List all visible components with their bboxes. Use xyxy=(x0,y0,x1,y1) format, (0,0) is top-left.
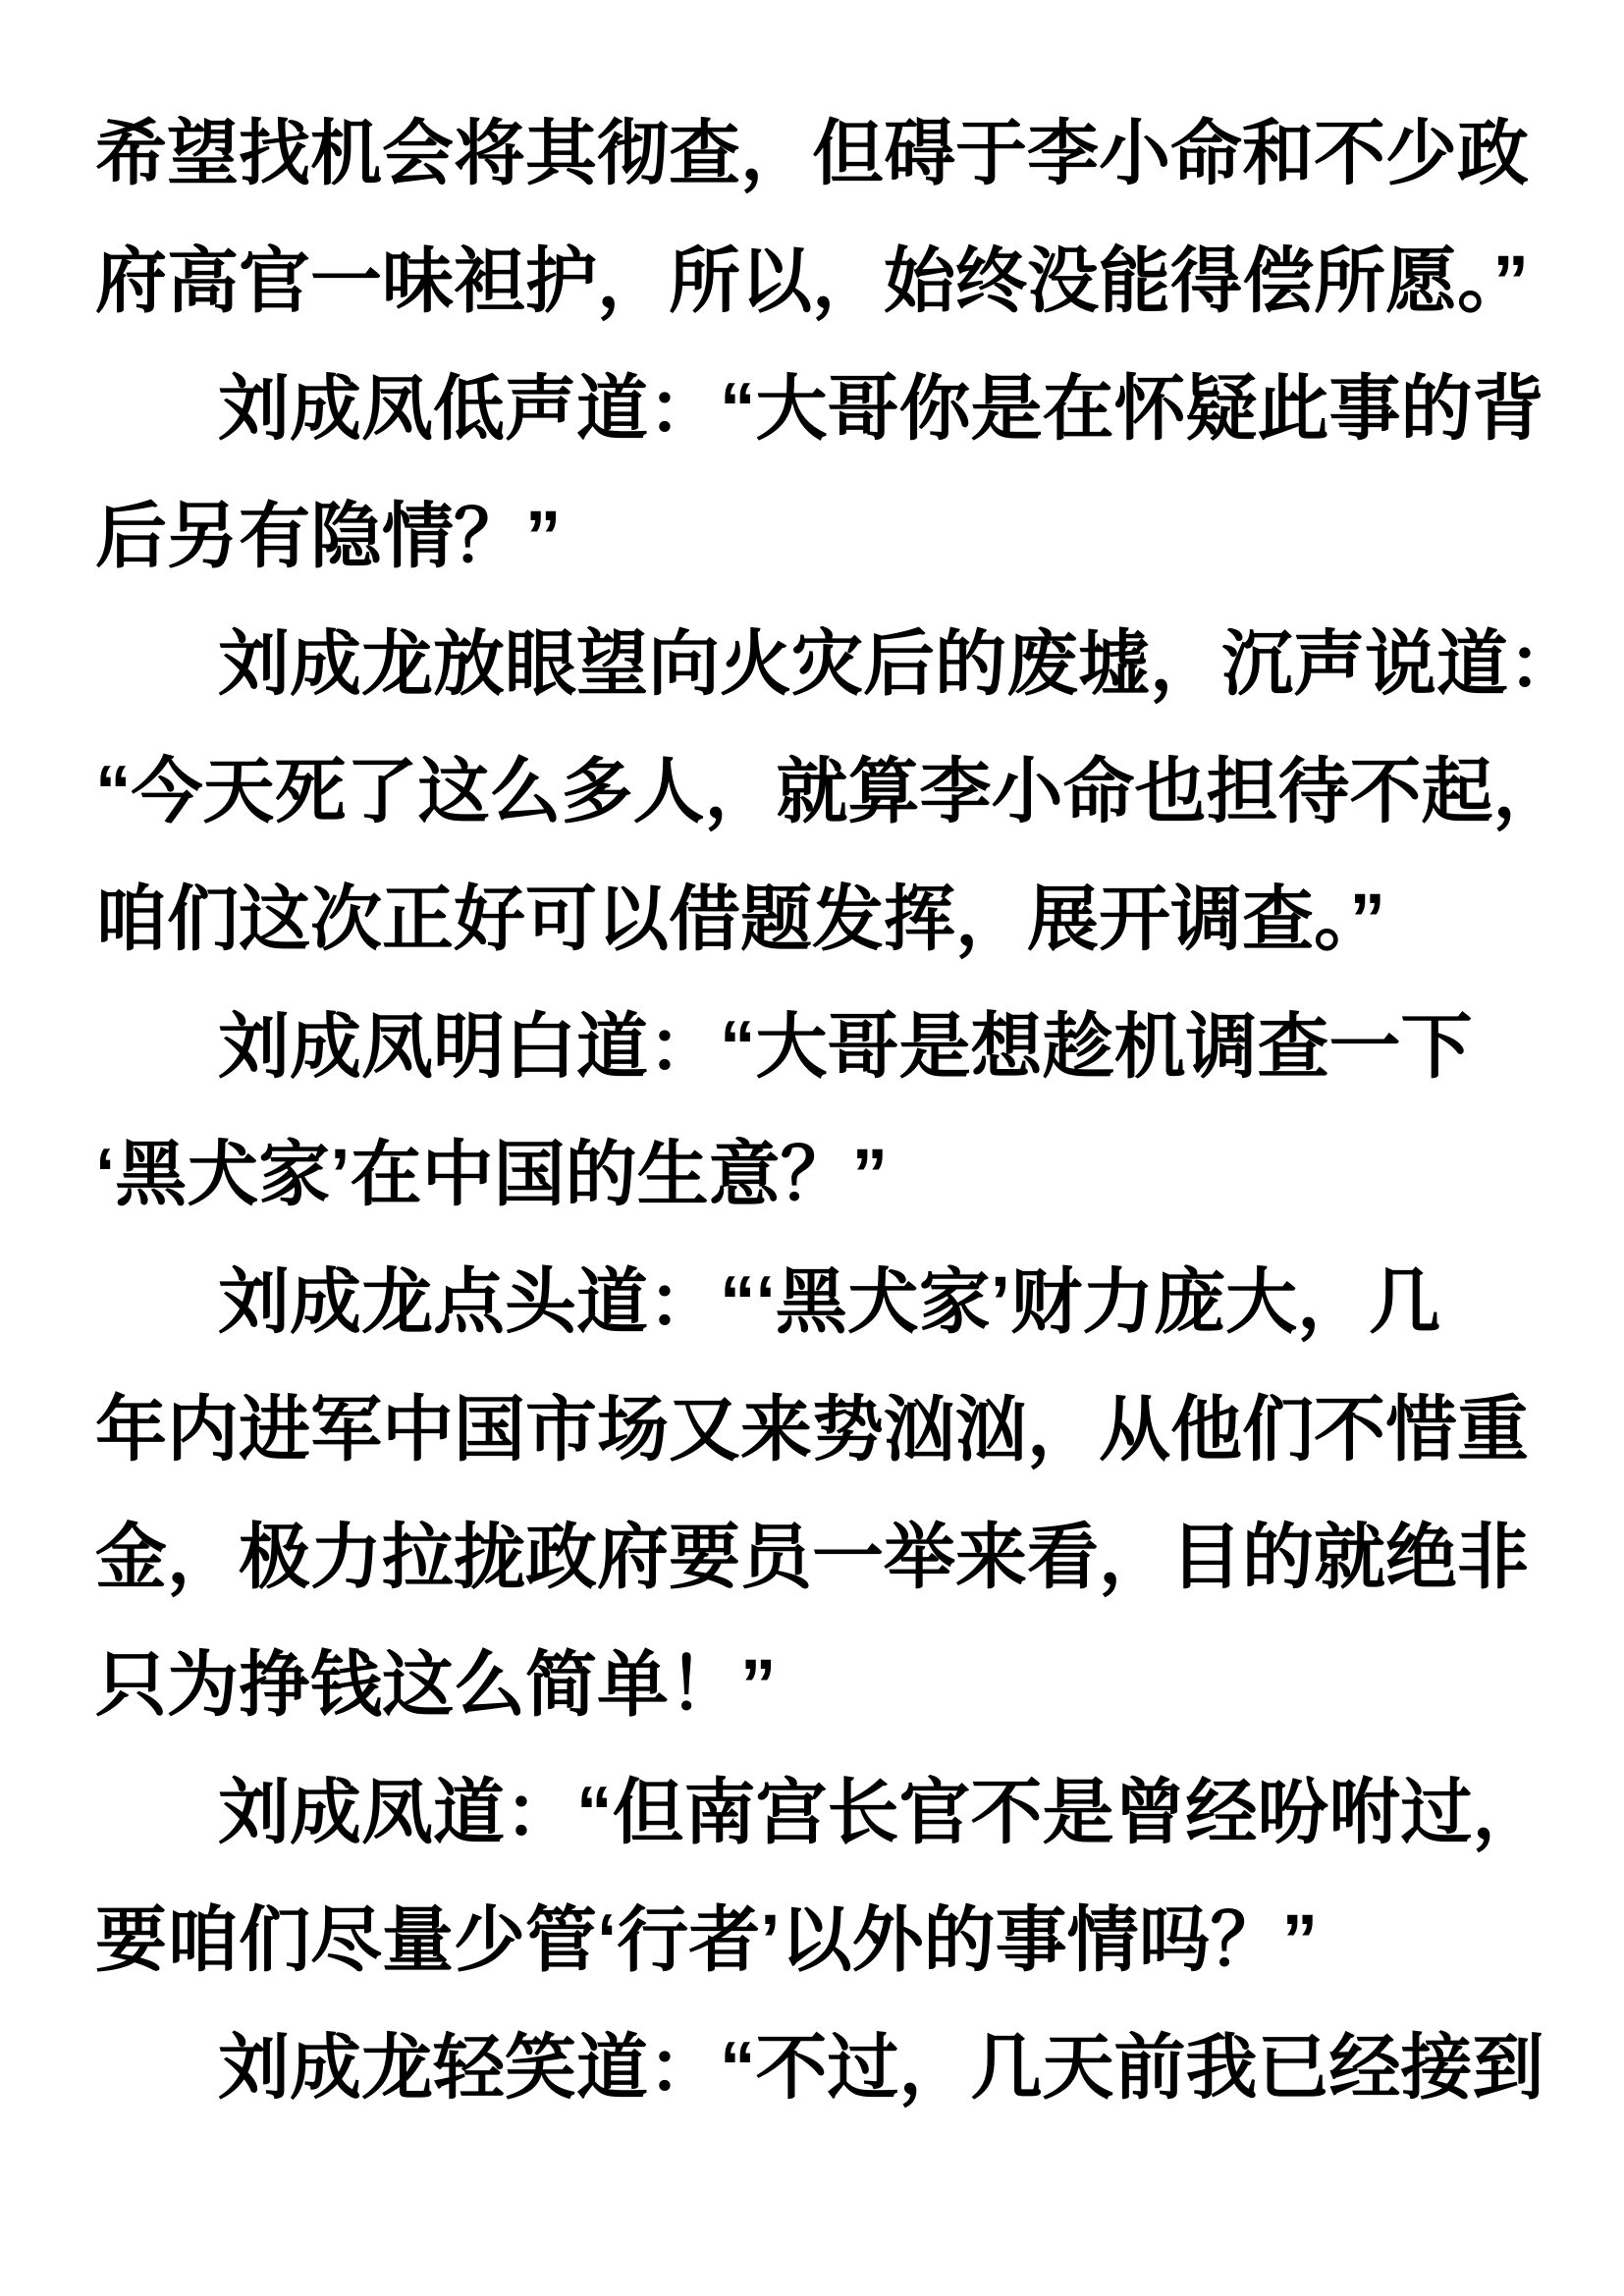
text-line: 只为挣钱这么简单！” xyxy=(95,1622,1539,1749)
ebook-page: 希望找机会将其彻查，但碍于李小命和不少政 府高官一味袒护，所以，始终没能得偿所愿… xyxy=(0,0,1624,2296)
text-line: 刘成凤明白道：“大哥是想趁机调查一下 xyxy=(95,984,1539,1111)
text-line: 后另有隐情？” xyxy=(95,473,1539,601)
text-line: “今天死了这么多人，就算李小命也担待不起， xyxy=(95,728,1539,856)
text-line: 刘成凤低声道：“大哥你是在怀疑此事的背 xyxy=(95,346,1539,473)
text-line: 金，极力拉拢政府要员一举来看，目的就绝非 xyxy=(95,1494,1539,1622)
text-line: ‘黑犬家’在中国的生意？” xyxy=(95,1111,1539,1239)
text-line: 府高官一味袒护，所以，始终没能得偿所愿。” xyxy=(95,218,1539,346)
text-line: 刘成凤道：“但南宫长官不是曾经吩咐过， xyxy=(95,1749,1539,1877)
text-line: 希望找机会将其彻查，但碍于李小命和不少政 xyxy=(95,90,1539,218)
text-line: 要咱们尽量少管‘行者’以外的事情吗？” xyxy=(95,1877,1539,2004)
text-line: 刘成龙轻笑道：“不过，几天前我已经接到 xyxy=(95,2004,1539,2132)
text-line: 咱们这次正好可以借题发挥，展开调查。” xyxy=(95,856,1539,984)
text-line: 刘成龙放眼望向火灾后的废墟，沉声说道： xyxy=(95,601,1539,728)
text-line: 刘成龙点头道：“‘黑犬家’财力庞大，几 xyxy=(95,1239,1539,1366)
text-line: 年内进军中国市场又来势汹汹，从他们不惜重 xyxy=(95,1366,1539,1494)
novel-text-block: 希望找机会将其彻查，但碍于李小命和不少政 府高官一味袒护，所以，始终没能得偿所愿… xyxy=(95,90,1539,2132)
